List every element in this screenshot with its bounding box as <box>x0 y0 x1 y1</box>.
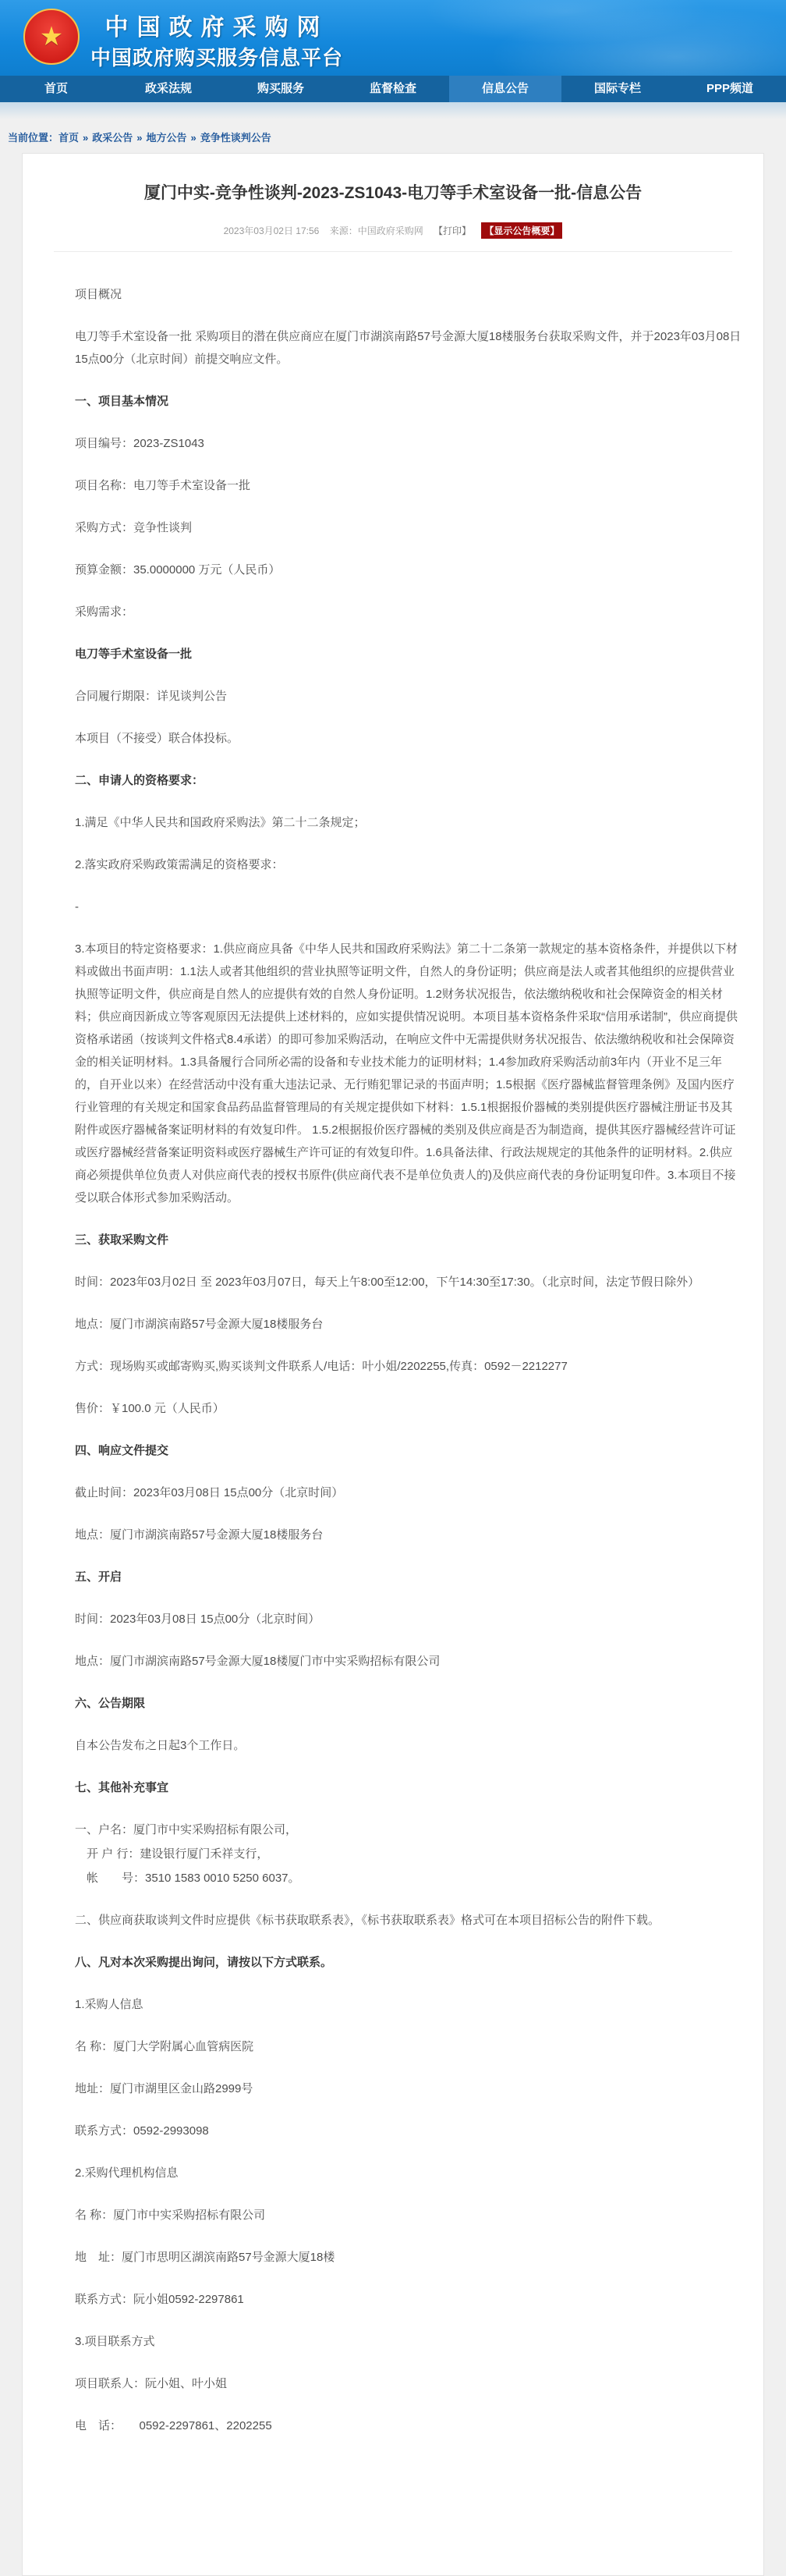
section-heading: 电刀等手术室设备一批 <box>75 643 742 665</box>
paragraph: 地址：厦门市湖里区金山路2999号 <box>75 2077 742 2100</box>
section-heading: 二、申请人的资格要求： <box>75 769 742 792</box>
breadcrumb: 当前位置：首页»政采公告»地方公告»竞争性谈判公告 <box>0 119 786 153</box>
paragraph: 地 址：厦门市思明区湖滨南路57号金源大厦18楼 <box>75 2246 742 2269</box>
breadcrumb-item-0[interactable]: 首页 <box>58 132 79 144</box>
paragraph: - <box>75 896 742 918</box>
paragraph: 地点：厦门市湖滨南路57号金源大厦18楼服务台 <box>75 1313 742 1336</box>
emblem-star-icon: ★ <box>40 23 63 50</box>
paragraph: 帐 号：3510 1583 0010 5250 6037。 <box>75 1867 742 1889</box>
main-nav: 首页政采法规购买服务监督检查信息公告国际专栏PPP频道 <box>0 76 786 102</box>
print-button[interactable]: 【打印】 <box>434 225 471 236</box>
article-meta: 2023年03月02日 17:56 来源：中国政府采购网 【打印】 【显示公告概… <box>54 222 732 252</box>
nav-item-regulations[interactable]: 政采法规 <box>112 76 225 102</box>
paragraph: 一、户名：厦门市中实采购招标有限公司， <box>75 1818 742 1841</box>
section-heading: 三、获取采购文件 <box>75 1229 742 1251</box>
paragraph: 采购方式：竞争性谈判 <box>75 516 742 539</box>
paragraph: 自本公告发布之日起3个工作日。 <box>75 1734 742 1757</box>
page-title: 厦门中实-竞争性谈判-2023-ZS1043-电刀等手术室设备一批-信息公告 <box>62 182 724 205</box>
paragraph: 联系方式：0592-2993098 <box>75 2120 742 2142</box>
paragraph: 名 称：厦门市中实采购招标有限公司 <box>75 2204 742 2227</box>
site-url: www.ccgp.gov.cn <box>90 71 343 76</box>
paragraph: 合同履行期限：详见谈判公告 <box>75 685 742 708</box>
nav-item-ppp-channel[interactable]: PPP频道 <box>674 76 786 102</box>
paragraph: 截止时间：2023年03月08日 15点00分（北京时间） <box>75 1481 742 1504</box>
paragraph: 时间：2023年03月08日 15点00分（北京时间） <box>75 1608 742 1630</box>
paragraph: 2.采购代理机构信息 <box>75 2162 742 2184</box>
site-banner: ★ 中国政府采购网 中国政府购买服务信息平台 www.ccgp.gov.cn <box>0 0 786 76</box>
header-fade <box>0 102 786 119</box>
paragraph: 本项目（不接受）联合体投标。 <box>75 727 742 750</box>
paragraph: 地点：厦门市湖滨南路57号金源大厦18楼厦门市中实采购招标有限公司 <box>75 1650 742 1673</box>
paragraph: 项目名称：电刀等手术室设备一批 <box>75 474 742 497</box>
section-heading: 四、响应文件提交 <box>75 1439 742 1462</box>
breadcrumb-item-2[interactable]: 地方公告 <box>147 132 187 144</box>
section-heading: 六、公告期限 <box>75 1692 742 1715</box>
paragraph: 开 户 行：建设银行厦门禾祥支行， <box>75 1843 742 1865</box>
paragraph: 二、供应商获取谈判文件时应提供《标书获取联系表》，《标书获取联系表》格式可在本项… <box>75 1909 742 1932</box>
site-title: 中国政府采购网 <box>90 8 343 42</box>
paragraph: 名 称：厦门大学附属心血管病医院 <box>75 2035 742 2058</box>
breadcrumb-items: 首页»政采公告»地方公告»竞争性谈判公告 <box>58 132 271 144</box>
breadcrumb-separator: » <box>191 132 196 144</box>
show-summary-button[interactable]: 【显示公告概要】 <box>481 222 562 239</box>
national-emblem-icon: ★ <box>23 9 80 65</box>
site-subtitle: 中国政府购买服务信息平台 <box>90 42 343 71</box>
section-heading: 八、凡对本次采购提出询问，请按以下方式联系。 <box>75 1951 742 1974</box>
paragraph: 项目编号：2023-ZS1043 <box>75 432 742 455</box>
paragraph: 联系方式：阮小姐0592-2297861 <box>75 2288 742 2311</box>
paragraph: 售价：￥100.0 元（人民币） <box>75 1397 742 1420</box>
nav-item-purchase-service[interactable]: 购买服务 <box>225 76 337 102</box>
breadcrumb-prefix: 当前位置： <box>8 132 58 144</box>
section-heading: 一、项目基本情况 <box>75 390 742 413</box>
paragraph: 2.落实政府采购政策需满足的资格要求： <box>75 853 742 876</box>
content-panel: 厦门中实-竞争性谈判-2023-ZS1043-电刀等手术室设备一批-信息公告 2… <box>22 153 764 2576</box>
breadcrumb-item-3[interactable]: 竞争性谈判公告 <box>200 132 271 144</box>
nav-item-international[interactable]: 国际专栏 <box>561 76 674 102</box>
article-body: 项目概况电刀等手术室设备一批 采购项目的潜在供应商应在厦门市湖滨南路57号金源大… <box>23 252 763 2488</box>
site-titles: 中国政府采购网 中国政府购买服务信息平台 www.ccgp.gov.cn <box>90 8 343 76</box>
paragraph: 电 话： 0592-2297861、2202255 <box>75 2415 742 2437</box>
paragraph: 采购需求： <box>75 601 742 623</box>
section-heading: 五、开启 <box>75 1566 742 1588</box>
paragraph: 1.满足《中华人民共和国政府采购法》第二十二条规定； <box>75 811 742 834</box>
nav-item-announcements[interactable]: 信息公告 <box>449 76 561 102</box>
breadcrumb-separator: » <box>83 132 88 144</box>
paragraph: 3.项目联系方式 <box>75 2330 742 2353</box>
paragraph: 项目概况 <box>75 283 742 306</box>
breadcrumb-item-1[interactable]: 政采公告 <box>92 132 133 144</box>
paragraph: 1.采购人信息 <box>75 1993 742 2016</box>
paragraph: 方式：现场购买或邮寄购买,购买谈判文件联系人/电话：叶小姐/2202255,传真… <box>75 1355 742 1378</box>
paragraph: 预算金额：35.0000000 万元（人民币） <box>75 559 742 581</box>
paragraph: 电刀等手术室设备一批 采购项目的潜在供应商应在厦门市湖滨南路57号金源大厦18楼… <box>75 325 742 371</box>
nav-item-supervision[interactable]: 监督检查 <box>337 76 449 102</box>
paragraph: 时间：2023年03月02日 至 2023年03月07日，每天上午8:00至12… <box>75 1271 742 1293</box>
source-label: 来源：中国政府采购网 <box>330 225 423 236</box>
paragraph: 地点：厦门市湖滨南路57号金源大厦18楼服务台 <box>75 1524 742 1546</box>
publish-datetime: 2023年03月02日 17:56 <box>224 225 320 236</box>
paragraph: 项目联系人：阮小姐、叶小姐 <box>75 2372 742 2395</box>
nav-item-home[interactable]: 首页 <box>0 76 112 102</box>
section-heading: 七、其他补充事宜 <box>75 1776 742 1799</box>
breadcrumb-separator: » <box>136 132 142 144</box>
paragraph: 3.本项目的特定资格要求：1.供应商应具备《中华人民共和国政府采购法》第二十二条… <box>75 938 742 1209</box>
